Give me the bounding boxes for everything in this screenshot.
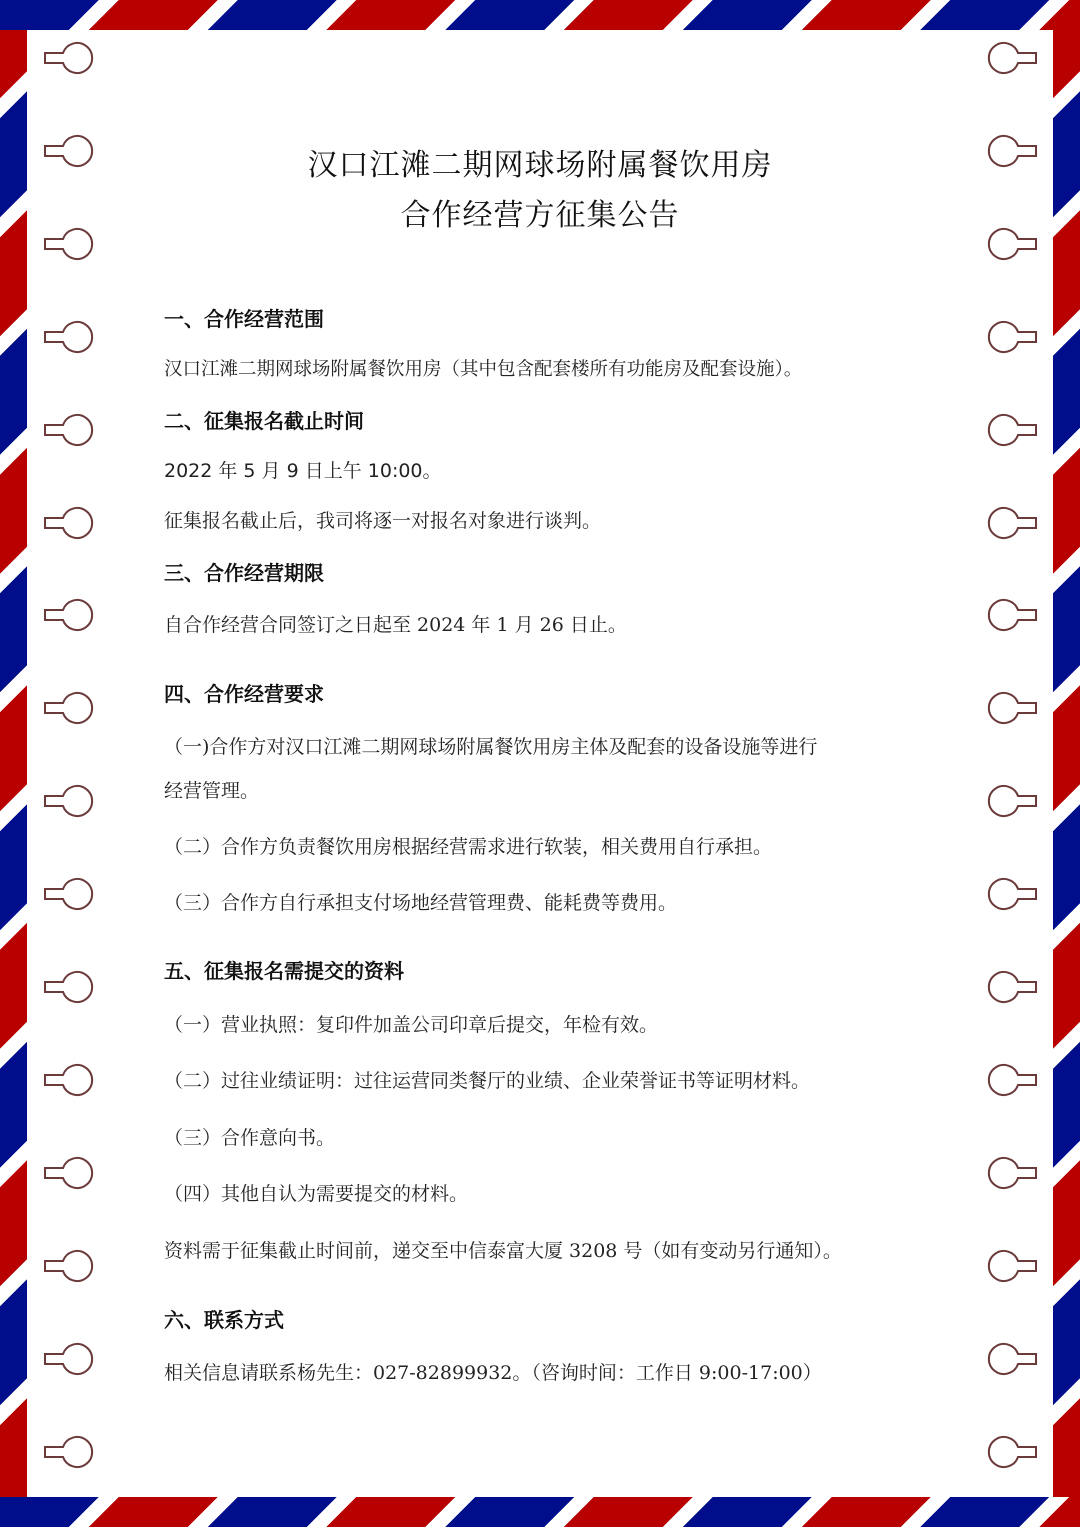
binder-hole-icon xyxy=(984,319,1038,355)
binder-hole-icon xyxy=(43,412,97,448)
binder-holes-right xyxy=(984,0,1044,1527)
airmail-border-top xyxy=(0,0,1080,30)
binder-hole-icon xyxy=(43,40,97,76)
material-item-3: （三）合作意向书。 xyxy=(164,1123,335,1150)
binder-hole-icon xyxy=(984,1341,1038,1377)
binder-hole-icon xyxy=(984,133,1038,169)
document-title-line-1: 汉口江滩二期网球场附属餐饮用房 xyxy=(164,140,916,184)
binder-holes-left xyxy=(43,0,103,1527)
section-heading-deadline: 二、征集报名截止时间 xyxy=(164,405,364,434)
requirement-item-3: （三）合作方自行承担支付场地经营管理费、能耗费等费用。 xyxy=(164,888,677,915)
binder-hole-icon xyxy=(984,783,1038,819)
requirement-item-1: （一)合作方对汉口江滩二期网球场附属餐饮用房主体及配套的设备设施等进行 xyxy=(164,732,817,759)
binder-hole-icon xyxy=(984,1062,1038,1098)
airmail-border-bottom xyxy=(0,1497,1080,1527)
binder-hole-icon xyxy=(43,690,97,726)
material-item-1: （一）营业执照：复印件加盖公司印章后提交，年检有效。 xyxy=(164,1010,658,1037)
deadline-note: 征集报名截止后，我司将逐一对报名对象进行谈判。 xyxy=(164,506,601,533)
binder-hole-icon xyxy=(43,783,97,819)
binder-hole-icon xyxy=(984,40,1038,76)
binder-hole-icon xyxy=(43,1341,97,1377)
binder-hole-icon xyxy=(43,876,97,912)
term-paragraph: 自合作经营合同签订之日起至 2024 年 1 月 26 日止。 xyxy=(164,610,627,637)
binder-hole-icon xyxy=(984,505,1038,541)
binder-hole-icon xyxy=(43,969,97,1005)
binder-hole-icon xyxy=(43,597,97,633)
document-title-line-2: 合作经营方征集公告 xyxy=(164,190,916,234)
binder-hole-icon xyxy=(43,1434,97,1470)
material-item-4: （四）其他自认为需要提交的材料。 xyxy=(164,1179,468,1206)
section-heading-materials: 五、征集报名需提交的资料 xyxy=(164,955,404,984)
binder-hole-icon xyxy=(43,133,97,169)
binder-hole-icon xyxy=(984,226,1038,262)
binder-hole-icon xyxy=(43,505,97,541)
section-heading-requirements: 四、合作经营要求 xyxy=(164,678,324,707)
binder-hole-icon xyxy=(984,412,1038,448)
requirement-item-2: （二）合作方负责餐饮用房根据经营需求进行软装，相关费用自行承担。 xyxy=(164,832,772,859)
scope-paragraph: 汉口江滩二期网球场附属餐饮用房（其中包含配套楼所有功能房及配套设施）。 xyxy=(164,355,802,381)
contact-paragraph: 相关信息请联系杨先生：027-82899932。（咨询时间：工作日 9:00-1… xyxy=(164,1358,822,1385)
binder-hole-icon xyxy=(984,597,1038,633)
requirement-item-1-cont: 经营管理。 xyxy=(164,776,259,803)
airmail-border-left xyxy=(0,30,27,1497)
binder-hole-icon xyxy=(984,690,1038,726)
binder-hole-icon xyxy=(43,1248,97,1284)
material-item-2: （二）过往业绩证明：过往运营同类餐厅的业绩、企业荣誉证书等证明材料。 xyxy=(164,1066,810,1093)
section-heading-term: 三、合作经营期限 xyxy=(164,557,324,586)
binder-hole-icon xyxy=(984,1155,1038,1191)
binder-hole-icon xyxy=(984,1434,1038,1470)
binder-hole-icon xyxy=(984,1248,1038,1284)
binder-hole-icon xyxy=(43,319,97,355)
section-heading-contact: 六、联系方式 xyxy=(164,1304,284,1333)
binder-hole-icon xyxy=(43,1062,97,1098)
binder-hole-icon xyxy=(43,226,97,262)
binder-hole-icon xyxy=(43,1155,97,1191)
binder-hole-icon xyxy=(984,876,1038,912)
section-heading-scope: 一、合作经营范围 xyxy=(164,303,324,332)
deadline-datetime: 2022 年 5 月 9 日上午 10:00。 xyxy=(164,456,442,483)
binder-hole-icon xyxy=(984,969,1038,1005)
submission-note: 资料需于征集截止时间前，递交至中信泰富大厦 3208 号（如有变动另行通知）。 xyxy=(164,1236,842,1263)
airmail-border-right xyxy=(1053,30,1080,1497)
